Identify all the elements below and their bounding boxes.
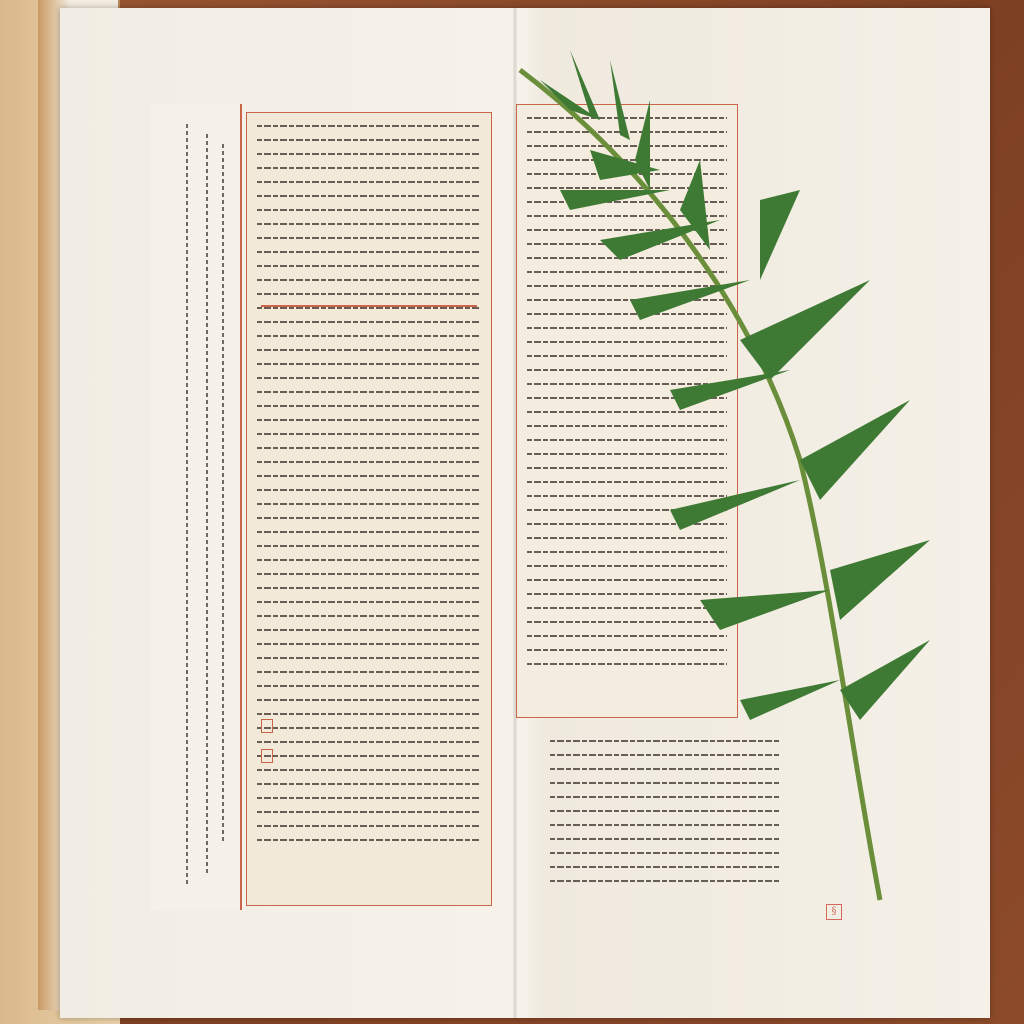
vertical-text-strip xyxy=(150,104,246,910)
red-initial xyxy=(261,749,273,763)
red-rule xyxy=(261,305,477,307)
seal-stamp: § xyxy=(826,904,842,920)
text-panel-left xyxy=(246,112,492,906)
red-initial xyxy=(261,719,273,733)
pressed-leaf-icon xyxy=(500,40,940,910)
